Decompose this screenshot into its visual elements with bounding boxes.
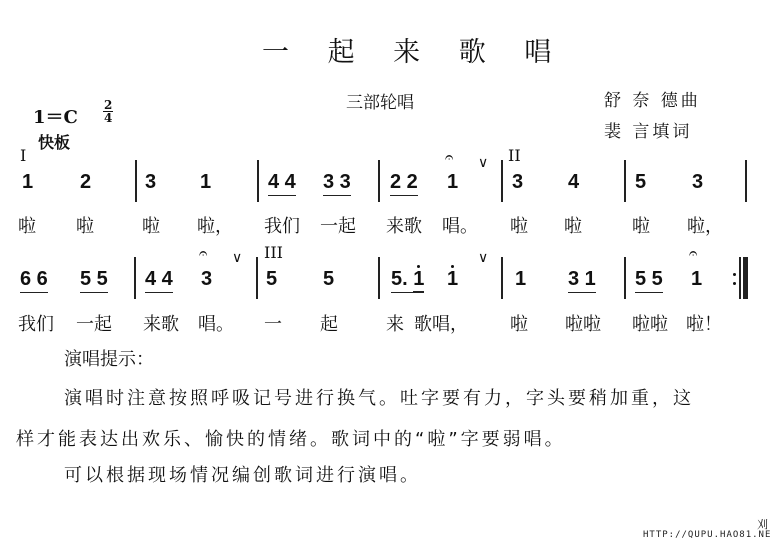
note-group-dotted: 5. 1 xyxy=(391,268,424,293)
barline xyxy=(256,257,258,299)
lyric: 一 xyxy=(264,310,282,336)
barline xyxy=(745,160,747,202)
barline xyxy=(624,160,626,202)
time-signature: 2 4 xyxy=(103,99,113,124)
note: 3 xyxy=(692,171,703,194)
barline xyxy=(378,257,380,299)
breath-mark-icon: ∨ xyxy=(232,250,242,266)
lyric: 啦 xyxy=(510,212,528,238)
lyric: 啦 xyxy=(510,310,528,336)
composer-credit: 舒 奈 德曲 xyxy=(604,86,701,111)
note: 1 xyxy=(447,171,458,194)
lyric: 啦啦 xyxy=(565,310,601,336)
tips-heading: 演唱提示： xyxy=(64,345,154,371)
barline xyxy=(501,160,503,202)
barline-thin xyxy=(739,257,741,299)
lyric: 歌唱， xyxy=(414,310,468,336)
note-group-eighths: 6 6 xyxy=(20,268,48,293)
note: 4 xyxy=(568,171,579,194)
song-title: 一 起 来 歌 唱 xyxy=(262,30,566,69)
lyricist-credit: 裴 言填词 xyxy=(604,117,692,142)
note: 5 xyxy=(323,268,334,291)
fermata-icon: 𝄐 xyxy=(445,148,453,166)
tempo-marking: 快板 xyxy=(38,130,70,153)
time-signature-bottom: 4 xyxy=(103,112,113,124)
lyric: 啦啦 xyxy=(632,310,668,336)
barline xyxy=(257,160,259,202)
tips-line-3: 可以根据现场情况编创歌词进行演唱。 xyxy=(64,461,421,487)
part-marker-3: III xyxy=(264,243,283,262)
lyric: 唱。 xyxy=(442,212,478,238)
key-signature: 1＝C xyxy=(33,103,78,129)
note: 2 xyxy=(80,171,91,194)
barline-thick xyxy=(743,257,748,299)
note: 5 xyxy=(266,268,277,291)
lyric: 唱。 xyxy=(198,310,234,336)
part-marker-2: II xyxy=(508,146,521,165)
lyric: 起 xyxy=(320,310,338,336)
lyric: 一起 xyxy=(320,212,356,238)
staff-row-2: 6 6 5 5 4 4 𝄐 3 ∨ 5 5 5. 1 1 ∨ 1 3 1 5 5… xyxy=(0,0,771,23)
lyric: 我们 xyxy=(18,310,54,336)
tips-line-1: 演唱时注意按照呼吸记号进行换气。吐字要有力，字头要稍加重，这 xyxy=(64,384,694,410)
lyric: 来歌 xyxy=(386,212,422,238)
barline xyxy=(135,160,137,202)
lyric: 我们 xyxy=(264,212,300,238)
note: 3 xyxy=(201,268,212,291)
note-dotted-five: 5. xyxy=(391,268,408,290)
lyric: 来歌 xyxy=(143,310,179,336)
note: 1 xyxy=(200,171,211,194)
note: 5 xyxy=(635,171,646,194)
subtitle: 三部轮唱 xyxy=(346,88,414,113)
watermark-url: HTTP://QUPU.HAO81.NET xyxy=(643,530,771,540)
lyric: 啦 xyxy=(564,212,582,238)
tips-line-2: 样才能表达出欢乐、愉快的情绪。歌词中的“啦”字要弱唱。 xyxy=(16,425,566,451)
breath-mark-icon: ∨ xyxy=(478,155,488,171)
lyric: 来 xyxy=(386,310,404,336)
barline xyxy=(378,160,380,202)
note: 1 xyxy=(691,268,702,291)
note: 1 xyxy=(515,268,526,291)
lyric: 啦 xyxy=(18,212,36,238)
note: 3 xyxy=(512,171,523,194)
part-marker-1: I xyxy=(20,146,26,165)
note-high-one: 1 xyxy=(413,268,424,292)
lyric: 啦 xyxy=(76,212,94,238)
lyric: 啦， xyxy=(197,212,233,238)
barline xyxy=(134,257,136,299)
note: 1 xyxy=(22,171,33,194)
barline xyxy=(501,257,503,299)
fermata-icon: 𝄐 xyxy=(199,244,207,262)
note: 3 xyxy=(145,171,156,194)
lyric: 啦 xyxy=(632,212,650,238)
barline xyxy=(624,257,626,299)
note-group-eighths: 5 5 xyxy=(635,268,663,293)
note-group-eighths: 3 1 xyxy=(568,268,596,293)
fermata-icon: 𝄐 xyxy=(689,244,697,262)
lyric: 一起 xyxy=(76,310,112,336)
note-group-eighths: 5 5 xyxy=(80,268,108,293)
note-group-eighths: 4 4 xyxy=(268,171,296,196)
note-group-eighths: 2 2 xyxy=(390,171,418,196)
note-group-eighths: 4 4 xyxy=(145,268,173,293)
breath-mark-icon: ∨ xyxy=(478,250,488,266)
repeat-dot xyxy=(733,273,736,276)
lyric: 啦！ xyxy=(686,310,722,336)
lyric: 啦 xyxy=(142,212,160,238)
note-group-eighths: 3 3 xyxy=(323,171,351,196)
repeat-dot xyxy=(733,282,736,285)
lyric: 啦， xyxy=(687,212,723,238)
note-high-one: 1 xyxy=(447,268,458,290)
